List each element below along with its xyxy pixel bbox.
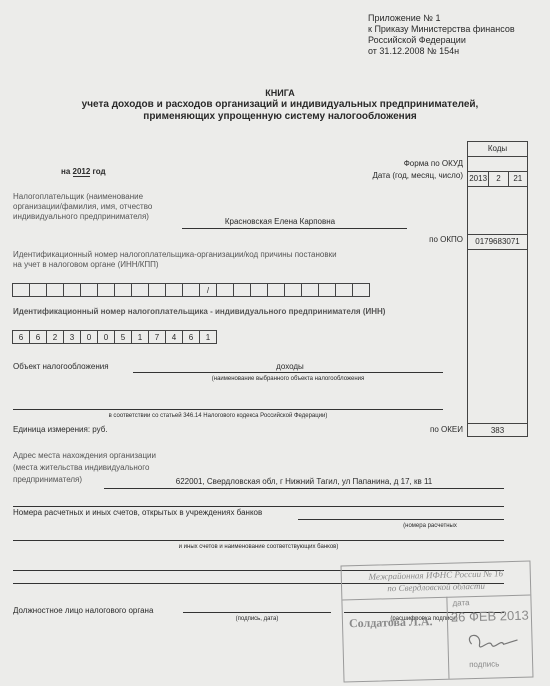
- digit-cell[interactable]: [182, 283, 200, 297]
- digit-cell[interactable]: 5: [114, 330, 132, 344]
- accounts-underline-2: [13, 540, 504, 541]
- digit-cell[interactable]: 6: [182, 330, 200, 344]
- digit-cell[interactable]: [80, 283, 98, 297]
- taxpayer-underline: [182, 228, 407, 229]
- stamp-inspector-name: Солдатова Л.А.: [349, 614, 433, 631]
- accounts-caption-1: (номера расчетных: [360, 522, 500, 530]
- date-month-cell[interactable]: 2: [489, 172, 508, 186]
- year-prefix: на: [61, 167, 70, 176]
- year-suffix: год: [93, 167, 106, 176]
- digit-cell[interactable]: [97, 283, 115, 297]
- digit-cell[interactable]: [63, 283, 81, 297]
- tax-office-stamp: Межрайонная ИФНС России № 16 по Свердлов…: [341, 561, 534, 683]
- accounts-underline: [298, 519, 504, 520]
- digit-cell[interactable]: 7: [148, 330, 166, 344]
- taxpayer-label: Налогоплательщик (наименование организац…: [13, 192, 152, 222]
- digit-cell[interactable]: [233, 283, 251, 297]
- document-title: КНИГА учета доходов и расходов организац…: [20, 88, 540, 123]
- digit-cell[interactable]: 0: [80, 330, 98, 344]
- inn-label: Идентификационный номер налогоплательщик…: [13, 307, 385, 317]
- digit-cell[interactable]: [131, 283, 149, 297]
- digit-cell[interactable]: 6: [12, 330, 30, 344]
- okpo-code-cell[interactable]: 0179683071: [468, 234, 527, 250]
- date-day-cell[interactable]: 21: [509, 172, 527, 186]
- accounts-caption-2: и иных счетов и наименование соответству…: [13, 543, 504, 551]
- tax-object-caption-1: (наименование выбранного объекта налогоо…: [133, 375, 443, 383]
- digit-cell[interactable]: 6: [29, 330, 47, 344]
- appendix-line: Приложение № 1: [368, 13, 515, 24]
- address-underline: [104, 488, 504, 489]
- digit-cell[interactable]: 2: [46, 330, 64, 344]
- appendix-note: Приложение № 1 к Приказу Министерства фи…: [368, 13, 515, 57]
- signature-line: [183, 612, 331, 613]
- title-main: КНИГА: [20, 88, 540, 99]
- address-label-line: Адрес места нахождения организации: [13, 450, 156, 462]
- unit-label: Единица измерения: руб.: [13, 425, 108, 435]
- digit-cell[interactable]: [352, 283, 370, 297]
- stamp-region: по Свердловской области: [342, 580, 530, 595]
- okud-code-cell[interactable]: [468, 157, 527, 172]
- year-value[interactable]: 2012: [73, 167, 91, 177]
- digit-cell[interactable]: [148, 283, 166, 297]
- digit-cell[interactable]: [267, 283, 285, 297]
- digit-cell[interactable]: [216, 283, 234, 297]
- stamp-date-label: дата: [452, 598, 469, 607]
- report-year: на 2012 год: [61, 167, 106, 177]
- taxpayer-label-line: индивидуального предпринимателя): [13, 212, 152, 222]
- tax-object-field[interactable]: доходы: [135, 362, 445, 372]
- date-label: Дата (год, месяц, число): [300, 171, 463, 181]
- inn-kpp-label: Идентификационный номер налогоплательщик…: [13, 250, 337, 270]
- signature-caption: (подпись, дата): [183, 615, 331, 623]
- appendix-line: от 31.12.2008 № 154н: [368, 46, 515, 57]
- taxpayer-label-line: организации/фамилия, имя, отчество: [13, 202, 152, 212]
- okpo-label: по ОКПО: [380, 235, 463, 245]
- inn-kpp-label-line: Идентификационный номер налогоплательщик…: [13, 250, 337, 260]
- tax-object-caption-2: в соответствии со статьей 346.14 Налогов…: [13, 412, 423, 420]
- title-subtitle-2: применяющих упрощенную систему налогообл…: [20, 111, 540, 123]
- official-label: Должностное лицо налогового органа: [13, 606, 153, 616]
- digit-cell[interactable]: 0: [97, 330, 115, 344]
- date-year-cell[interactable]: 2013: [468, 172, 489, 186]
- inn-kpp-label-line: на учет в налоговом органе (ИНН/КПП): [13, 260, 337, 270]
- codes-table: Коды 2013 2 21 0179683071 383: [467, 141, 528, 437]
- inn-kpp-cells: /: [13, 283, 370, 297]
- digit-cell[interactable]: 1: [199, 330, 217, 344]
- signature-scribble-icon: [461, 628, 522, 660]
- date-code-row: 2013 2 21: [468, 172, 527, 187]
- accounts-label: Номера расчетных и иных счетов, открытых…: [13, 508, 262, 518]
- separator-line: [13, 506, 504, 507]
- appendix-line: Российской Федерации: [368, 35, 515, 46]
- digit-cell[interactable]: [114, 283, 132, 297]
- digit-cell[interactable]: [29, 283, 47, 297]
- digit-cell[interactable]: [46, 283, 64, 297]
- digit-cell[interactable]: [318, 283, 336, 297]
- address-label-line: (места жительства индивидуального: [13, 462, 156, 474]
- stamp-date: 26 ФЕВ 2013: [451, 608, 529, 625]
- digit-cell[interactable]: 3: [63, 330, 81, 344]
- okud-label: Форма по ОКУД: [300, 159, 463, 169]
- digit-cell[interactable]: /: [199, 283, 217, 297]
- inn-cells: 662300517461: [13, 330, 217, 344]
- digit-cell[interactable]: [301, 283, 319, 297]
- taxpayer-label-line: Налогоплательщик (наименование: [13, 192, 152, 202]
- tax-object-underline: [133, 372, 443, 373]
- appendix-line: к Приказу Министерства финансов: [368, 24, 515, 35]
- stamp-signature-label: подпись: [469, 659, 499, 669]
- tax-object-underline-2: [13, 409, 443, 410]
- digit-cell[interactable]: [335, 283, 353, 297]
- okei-code-cell[interactable]: 383: [468, 423, 527, 438]
- digit-cell[interactable]: [250, 283, 268, 297]
- codes-header: Коды: [468, 142, 527, 157]
- digit-cell[interactable]: 1: [131, 330, 149, 344]
- digit-cell[interactable]: [12, 283, 30, 297]
- title-subtitle-1: учета доходов и расходов организаций и и…: [20, 99, 540, 111]
- digit-cell[interactable]: [284, 283, 302, 297]
- tax-object-label: Объект налогообложения: [13, 362, 109, 372]
- digit-cell[interactable]: 4: [165, 330, 183, 344]
- digit-cell[interactable]: [165, 283, 183, 297]
- address-field[interactable]: 622001, Свердловская обл, г Нижний Тагил…: [104, 477, 504, 487]
- taxpayer-name-field[interactable]: Красновская Елена Карповна: [185, 217, 375, 227]
- okei-label: по ОКЕИ: [380, 425, 463, 435]
